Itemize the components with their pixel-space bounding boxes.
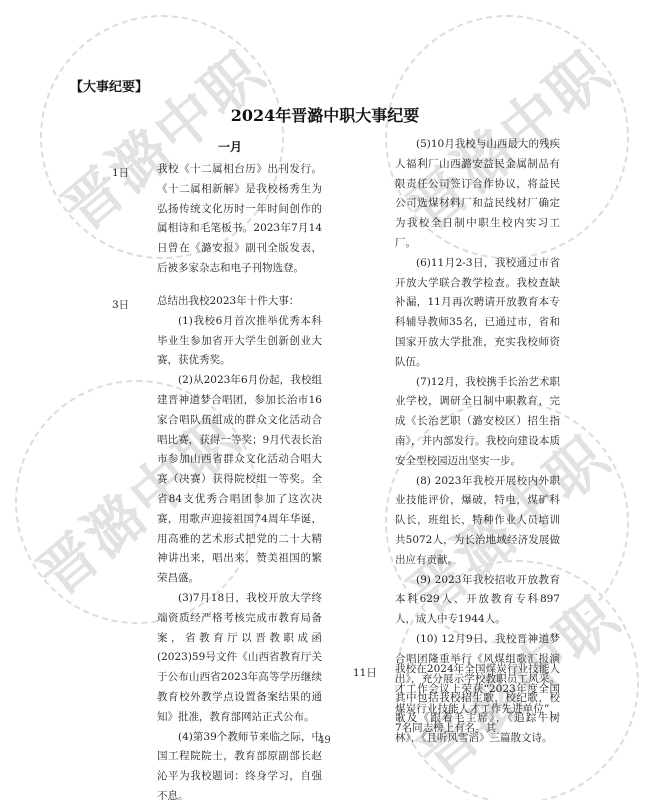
entry-paragraph: (4)第39个教师节来临之际，中国工程院院士，教育部原副部长赵沁平为我校题词：终…	[157, 728, 322, 800]
entry-paragraph: (9) 2023年我校招收开放教育本科629人、开放教育专科897人，成人中专1…	[395, 571, 560, 630]
entry-paragraph: (1)我校6月首次推举优秀本科毕业生参加省开大学生创新创业大赛，获优秀奖。	[157, 312, 322, 371]
page-number: 49	[318, 735, 331, 746]
entry-day: 11日	[353, 665, 377, 680]
entry-paragraph: (7)12月，我校携手长治艺术职业学校，调研全日制中职教育，完成《长治艺职（潞安…	[395, 373, 560, 472]
month-heading: 一月	[218, 138, 242, 155]
page-title: 2024年晋潞中职大事纪要	[0, 103, 650, 126]
entry-body-continued: (5)10月我校与山西最大的残疾人福利厂山西潞安益民金属制品有限责任公司签订合作…	[395, 135, 560, 749]
entry-paragraph: (5)10月我校与山西最大的残疾人福利厂山西潞安益民金属制品有限责任公司签订合作…	[395, 135, 560, 254]
entry-paragraph: 我校在2024年全国煤炭行业技能人才工作会议上荣获“2023年度全国煤炭行业技能…	[395, 660, 560, 739]
entry-paragraph: (8) 2023年我校开展校内外职业技能评价，爆破，特电，煤矿科队长，班组长，特…	[395, 472, 560, 571]
section-tag: 【大事纪要】	[70, 76, 148, 95]
entry-paragraph: (6)11月2-3日，我校通过市省开放大学联合教学检查。我校查缺补漏，11月再次…	[395, 254, 560, 373]
entry-body: 我校在2024年全国煤炭行业技能人才工作会议上荣获“2023年度全国煤炭行业技能…	[395, 660, 560, 739]
entry-day: 3日	[112, 297, 129, 312]
entry-body: 总结出我校2023年十件大事： (1)我校6月首次推举优秀本科毕业生参加省开大学…	[157, 292, 322, 800]
entry-intro: 总结出我校2023年十件大事：	[157, 292, 322, 312]
entry-paragraph: (3)7月18日，我校开放大学终端资质经严格考核完成市教育局备案，省教育厅以晋教…	[157, 589, 322, 728]
entry-paragraph: 我校《十二属相台历》出刊发行。《十二属相新解》是我校杨秀生为弘扬传统文化历时一年…	[157, 160, 322, 279]
entry-paragraph: (2)从2023年6月份起，我校组建晋神道梦合唱团，参加长治市16家合唱队伍组成…	[157, 371, 322, 589]
entry-day: 1日	[112, 165, 129, 180]
entry-body: 我校《十二属相台历》出刊发行。《十二属相新解》是我校杨秀生为弘扬传统文化历时一年…	[157, 160, 322, 279]
